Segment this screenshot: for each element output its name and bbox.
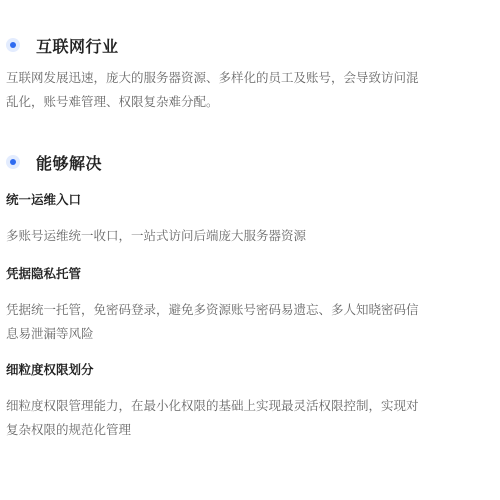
paragraph-line: 凭据统一托管，免密码登录，避免多资源账号密码易遗忘、多人知晓密码信 (6, 298, 476, 322)
paragraph-line: 细粒度权限管理能力，在最小化权限的基础上实现最灵活权限控制，实现对 (6, 394, 476, 418)
feature-title-credential-hosting: 凭据隐私托管 (6, 265, 81, 283)
section-title: 能够解决 (36, 151, 102, 174)
feature-description-unified-entry: 多账号运维统一收口，一站式访问后端庞大服务器资源 (6, 224, 476, 248)
paragraph-line: 复杂权限的规范化管理 (6, 418, 476, 442)
bullet-dot-icon (6, 38, 20, 52)
section-title: 互联网行业 (36, 34, 119, 57)
feature-description-credential-hosting: 凭据统一托管，免密码登录，避免多资源账号密码易遗忘、多人知晓密码信 息易泄漏等风… (6, 298, 476, 346)
section-header-internet-industry: 互联网行业 (6, 33, 119, 57)
paragraph-line: 乱化，账号难管理、权限复杂难分配。 (6, 90, 476, 114)
paragraph-line: 互联网发展迅速，庞大的服务器资源、多样化的员工及账号，会导致访问混 (6, 66, 476, 90)
feature-title-fine-grained-permissions: 细粒度权限划分 (6, 361, 94, 379)
paragraph-line: 多账号运维统一收口，一站式访问后端庞大服务器资源 (6, 224, 476, 248)
section-description: 互联网发展迅速，庞大的服务器资源、多样化的员工及账号，会导致访问混 乱化，账号难… (6, 66, 476, 114)
feature-description-fine-grained-permissions: 细粒度权限管理能力，在最小化权限的基础上实现最灵活权限控制，实现对 复杂权限的规… (6, 394, 476, 442)
feature-title-unified-entry: 统一运维入口 (6, 191, 81, 209)
section-header-solutions: 能够解决 (6, 150, 102, 174)
paragraph-line: 息易泄漏等风险 (6, 322, 476, 346)
bullet-dot-icon (6, 155, 20, 169)
